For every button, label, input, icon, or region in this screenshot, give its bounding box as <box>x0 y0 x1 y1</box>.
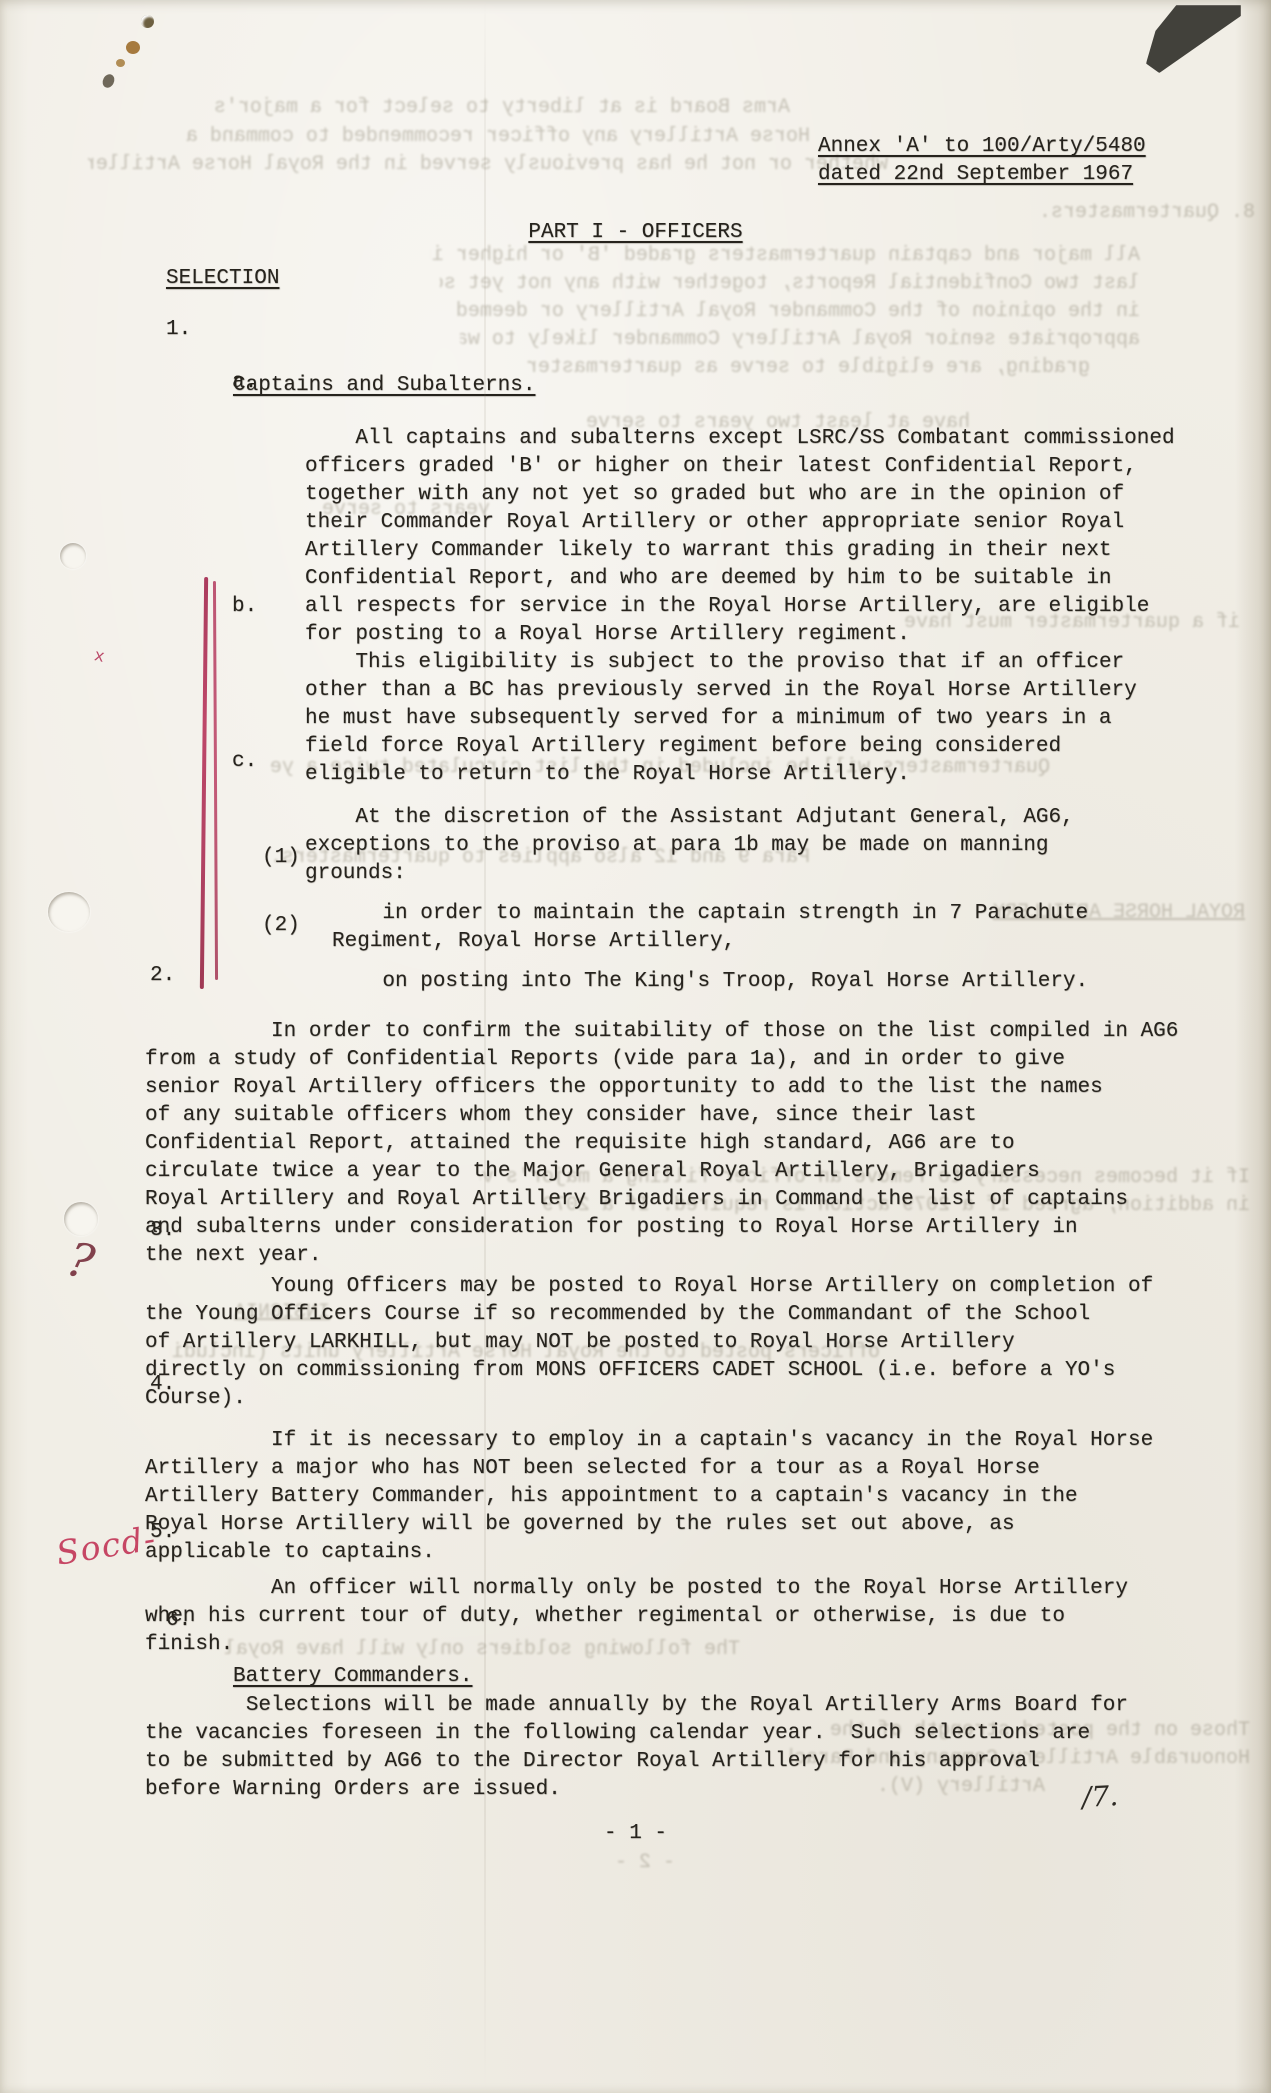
paragraph-number: 1. <box>166 316 191 344</box>
annex-reference: Annex 'A' to 100/Arty/5480 dated 22nd Se… <box>818 133 1146 189</box>
paragraph-1-heading: 1. Captains and Subalterns. <box>145 316 195 428</box>
subparagraph-label: c. <box>232 748 257 776</box>
bleedthrough-text: whether or not he has previously served … <box>88 152 888 178</box>
staple-rust-mark <box>126 41 140 54</box>
subsubparagraph-label: (1) <box>262 844 300 872</box>
punch-hole <box>64 1202 98 1236</box>
red-x-mark-annotation: x <box>92 647 106 668</box>
question-mark-annotation: ? <box>62 1232 100 1291</box>
punch-hole <box>48 892 90 932</box>
bleedthrough-text: Horse Artillery any officer recommended … <box>110 124 810 150</box>
bleedthrough-text: - 2 - <box>540 1850 675 1876</box>
page-number: - 1 - <box>0 1820 1271 1848</box>
section-heading-row: SELECTION <box>166 265 279 293</box>
annex-line-2: dated 22nd September 1967 <box>818 163 1133 186</box>
paragraph-number: 6. <box>166 1607 191 1635</box>
staple-rust-mark <box>100 72 116 90</box>
bleedthrough-text: Arms Board is at liberty to select for a… <box>150 95 790 121</box>
document-title-row: PART I - OFFICERS <box>0 219 1271 247</box>
document-title: PART I - OFFICERS <box>528 221 742 244</box>
handwritten-margin-word: Socd- <box>54 1518 160 1572</box>
bleedthrough-text: last two Confidential Reports, together … <box>440 271 1140 297</box>
paragraph-6-body: Selections will be made annually by the … <box>145 1664 1128 1832</box>
bleedthrough-text: appropriate senior Royal Artillery Comma… <box>460 327 1140 353</box>
paragraph-number: 4. <box>150 1371 175 1399</box>
selection-heading: SELECTION <box>166 267 279 290</box>
document-page: Arms Board is at liberty to select for a… <box>0 0 1271 2093</box>
subparagraph-label: a. <box>232 369 257 397</box>
paragraph-number: 3. <box>150 1217 175 1245</box>
staple-rust-mark <box>116 59 125 67</box>
paragraph-number: 2. <box>150 962 175 990</box>
punch-hole <box>60 543 86 569</box>
staple-rust-mark <box>141 15 154 28</box>
bleedthrough-text: in the opinion of the Commander Royal Ar… <box>450 299 1140 325</box>
red-margin-line <box>200 577 208 989</box>
paragraph-text: Selections will be made annually by the … <box>145 1694 1128 1801</box>
subparagraph-label: b. <box>232 593 257 621</box>
continuation-mark: /7. <box>1081 1779 1119 1814</box>
paragraph-5: 5. An officer will normally only be post… <box>145 1519 1128 1687</box>
subsubparagraph-label: (2) <box>262 912 300 940</box>
page-corner-fold <box>1146 5 1241 73</box>
annex-line-1: Annex 'A' to 100/Arty/5480 <box>818 135 1146 158</box>
red-margin-line <box>213 581 218 980</box>
paragraph-text: An officer will normally only be posted … <box>145 1577 1128 1656</box>
